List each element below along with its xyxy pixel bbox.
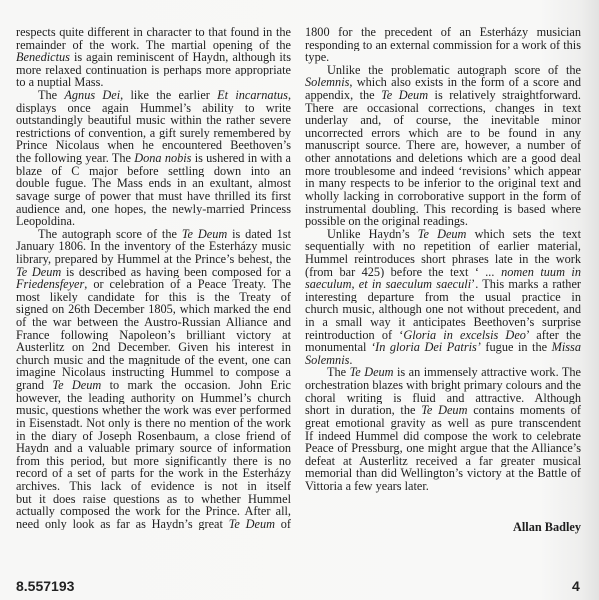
text-line: most likely candidate for this is the Tr…	[16, 291, 291, 304]
text-line: The Te Deum is an immensely attractive w…	[305, 366, 581, 379]
text-run: fugue in the	[481, 341, 552, 354]
text-line: imagine Nicolaus instructing Hummel to c…	[16, 366, 291, 379]
italic-text: Te Deum	[350, 366, 394, 379]
text-line: audience and, one hopes, the newly-marri…	[16, 203, 291, 216]
text-line: possible on the original readings.	[305, 215, 581, 228]
text-line: short in duration, the Te Deum contains …	[305, 404, 581, 417]
text-line: Unlike the problematic autograph score o…	[305, 64, 581, 77]
text-line: Hummel reintroduces short phrases late i…	[305, 253, 581, 266]
text-run: ’ after the	[526, 329, 581, 342]
text-run: great emotional gravity as well as pure …	[305, 417, 581, 430]
italic-text: Te Deum	[182, 228, 227, 241]
text-line: church music and the magnitude of the ev…	[16, 354, 291, 367]
text-run: contains moments of	[467, 404, 581, 417]
text-run: type.	[305, 51, 329, 64]
text-line: in many respects to be inferior to the o…	[305, 177, 581, 190]
text-run: respects quite different in character to…	[16, 26, 291, 39]
text-run: The autograph score of the	[38, 228, 182, 241]
text-run: The	[327, 366, 350, 379]
catalogue-number: 8.557193	[16, 578, 74, 594]
text-line: memorial than did Wellington’s victory a…	[305, 467, 581, 480]
left-column: respects quite different in character to…	[16, 26, 291, 530]
text-run: is relatively straightforward.	[428, 89, 581, 102]
text-line: more relaxed continuation is perhaps mor…	[16, 64, 291, 77]
text-line: Austerlitz on 2nd December. Given his in…	[16, 341, 291, 354]
text-run: is ushered in with a	[191, 152, 291, 165]
text-run: , which also exists in the form of a sco…	[349, 76, 581, 89]
text-line: 1800 for the precedent of an Esterházy m…	[305, 26, 581, 39]
text-line: reintroduction of ‘Gloria in excelsis De…	[305, 329, 581, 342]
text-line: saeculum, et in saeculum saeculi’. This …	[305, 278, 581, 291]
text-run: Prince Nicolaus when he encountered Beet…	[16, 139, 291, 152]
text-line: in a small way it anticipates Beethoven’…	[305, 316, 581, 329]
text-line: Unlike Haydn’s Te Deum which sets the te…	[305, 228, 581, 241]
text-line: signed on 26th December 1805, which mark…	[16, 303, 291, 316]
text-run: monumental	[305, 341, 371, 354]
text-run: actually composed the work for the Princ…	[16, 505, 291, 518]
italic-text: Friedensfeyer	[16, 278, 84, 291]
text-run: music, questions whether the work was ev…	[16, 404, 291, 417]
text-run: If indeed Hummel did compose the work to…	[305, 430, 581, 443]
text-run: outstandingly beautiful music within the…	[16, 114, 291, 127]
italic-text: Agnus Dei	[64, 89, 120, 102]
text-run: Leopoldina.	[16, 215, 75, 228]
text-run: which sets the text	[466, 228, 581, 241]
text-line: double fugue. The Mass ends in an exulta…	[16, 177, 291, 190]
text-line: underlay and, of course, the inevitable …	[305, 114, 581, 127]
text-line: Prince Nicolaus when he encountered Beet…	[16, 139, 291, 152]
text-run: blaze of C major before settling down in…	[16, 165, 291, 178]
text-line: There are occasional corrections, change…	[305, 102, 581, 115]
text-line: monumental ‘In gloria Dei Patris’ fugue …	[305, 341, 581, 354]
text-run: is again reminiscent of Haydn, although …	[70, 51, 291, 64]
text-run: manuscript source. There are, however, a…	[305, 139, 581, 152]
text-line: Peace of Pressburg, one might argue that…	[305, 442, 581, 455]
text-line: responding to an external commission for…	[305, 39, 581, 52]
text-run: (from bar 425) before the text ‘	[305, 266, 485, 279]
text-line: but it does raise questions as to whethe…	[16, 493, 291, 506]
text-line: The Agnus Dei, like the earlier Et incar…	[16, 89, 291, 102]
page-number: 4	[572, 578, 580, 594]
text-run: audience and, one hopes, the newly-marri…	[16, 203, 291, 216]
italic-text: Benedictus	[16, 51, 70, 64]
text-line: (from bar 425) before the text ‘ ... nom…	[305, 266, 581, 279]
text-run: displays once again Hummel’s ability to …	[16, 102, 291, 115]
text-run: The	[38, 89, 64, 102]
text-run: more relaxed continuation is perhaps mor…	[16, 64, 291, 77]
text-run: instrumental doubling. This recording is…	[305, 203, 581, 216]
text-run: archives. This lack of evidence is not i…	[16, 480, 291, 493]
text-line: January 1806. In the inventory of the Es…	[16, 240, 291, 253]
text-line: Solemnis.	[305, 354, 581, 367]
text-run: other annotations and deletions which ar…	[305, 152, 581, 165]
text-line: restrictions of convention, a gift surel…	[16, 127, 291, 140]
text-line: need only look as far as Haydn’s great T…	[16, 518, 291, 531]
text-run: more troublesome and indeed ‘revisions’ …	[305, 165, 581, 178]
text-line: wholly lacking in corroborative support …	[305, 190, 581, 203]
text-line: interesting departure from the usual pra…	[305, 291, 581, 304]
text-line: Leopoldina.	[16, 215, 291, 228]
text-line: music, questions whether the work was ev…	[16, 404, 291, 417]
text-run: is described as having been composed for…	[61, 266, 291, 279]
italic-text: Te Deum	[381, 89, 428, 102]
text-line: Friedensfeyer, or celebration of a Peace…	[16, 278, 291, 291]
text-run: to a nuptial Mass.	[16, 76, 103, 89]
text-line: from this period, but more significantly…	[16, 455, 291, 468]
text-run: Vittoria a few years later.	[305, 480, 429, 493]
text-run: underlay and, of course, the inevitable …	[305, 114, 581, 127]
text-run: but it does raise questions as to whethe…	[16, 493, 291, 506]
text-line: blaze of C major before settling down in…	[16, 165, 291, 178]
text-run: sequentially with no repetition of earli…	[305, 240, 581, 253]
text-run: imagine Nicolaus instructing Hummel to c…	[16, 366, 291, 379]
text-run: defeat at Austerlitz received a far grea…	[305, 455, 581, 468]
text-run: in Eisenstadt. Not only is there no ment…	[16, 417, 291, 430]
italic-text: ‘In gloria Dei Patris’	[371, 341, 481, 354]
text-line: appendix, the Te Deum is relatively stra…	[305, 89, 581, 102]
text-line: type.	[305, 51, 581, 64]
text-run: ’. This marks a rather	[471, 278, 581, 291]
text-run: choral writing is fluid and attractive. …	[305, 392, 581, 405]
text-line: manuscript source. There are, however, a…	[305, 139, 581, 152]
text-run: remainder of the work. The martial openi…	[16, 39, 291, 52]
text-run: of the war between the Austro-Russian Al…	[16, 316, 291, 329]
text-line: Solemnis, which also exists in the form …	[305, 76, 581, 89]
text-line: of the war between the Austro-Russian Al…	[16, 316, 291, 329]
text-run: .	[349, 354, 352, 367]
text-run: signed on 26th December 1805, which mark…	[16, 303, 291, 316]
text-line: grand Te Deum to mark the occasion. John…	[16, 379, 291, 392]
text-line: orchestration blazes with bright primary…	[305, 379, 581, 392]
text-line: record of a set of parts for the work in…	[16, 467, 291, 480]
text-run: restrictions of convention, a gift surel…	[16, 127, 291, 140]
text-run: reintroduction of ‘	[305, 329, 403, 342]
text-run: Haydn and a valuable primary source of i…	[16, 442, 291, 455]
text-run: church music, although one not without p…	[305, 303, 581, 316]
text-run: library, prepared by Hummel at the Princ…	[16, 253, 291, 266]
text-line: outstandingly beautiful music within the…	[16, 114, 291, 127]
text-run: wholly lacking in corroborative support …	[305, 190, 581, 203]
italic-text: Te Deum	[16, 266, 61, 279]
text-line: to a nuptial Mass.	[16, 76, 291, 89]
text-run: Peace of Pressburg, one might argue that…	[305, 442, 581, 455]
text-line: Benedictus is again reminiscent of Haydn…	[16, 51, 291, 64]
text-line: other annotations and deletions which ar…	[305, 152, 581, 165]
text-line: defeat at Austerlitz received a far grea…	[305, 455, 581, 468]
text-run: orchestration blazes with bright primary…	[305, 379, 581, 392]
text-run: memorial than did Wellington’s victory a…	[305, 467, 581, 480]
text-run: January 1806. In the inventory of the Es…	[16, 240, 291, 253]
text-line: sequentially with no repetition of earli…	[305, 240, 581, 253]
right-column: 1800 for the precedent of an Esterházy m…	[305, 26, 581, 493]
text-run: from this period, but more significantly…	[16, 455, 291, 468]
text-line: more troublesome and indeed ‘revisions’ …	[305, 165, 581, 178]
text-line: Te Deum is described as having been comp…	[16, 266, 291, 279]
text-line: Haydn and a valuable primary source of i…	[16, 442, 291, 455]
text-run: ,	[288, 89, 291, 102]
text-line: savage surge of power that must have thr…	[16, 190, 291, 203]
italic-text: ... nomen tuum in	[485, 266, 581, 279]
text-run: double fugue. The Mass ends in an exulta…	[16, 177, 291, 190]
italic-text: Et incarnatus	[217, 89, 288, 102]
text-run: possible on the original readings.	[305, 215, 468, 228]
text-line: remainder of the work. The martial openi…	[16, 39, 291, 52]
italic-text: Te Deum	[52, 379, 101, 392]
text-run: in a small way it anticipates Beethoven’…	[305, 316, 581, 329]
text-run: appendix, the	[305, 89, 381, 102]
text-run: , or celebration of a Peace Treaty. The	[84, 278, 291, 291]
text-run: record of a set of parts for the work in…	[16, 467, 291, 480]
text-line: archives. This lack of evidence is not i…	[16, 480, 291, 493]
text-run: short in duration, the	[305, 404, 421, 417]
text-line: choral writing is fluid and attractive. …	[305, 392, 581, 405]
text-run: Unlike Haydn’s	[327, 228, 418, 241]
booklet-page: respects quite different in character to…	[0, 0, 599, 600]
text-run: Unlike the problematic autograph score o…	[327, 64, 581, 77]
text-run: in many respects to be inferior to the o…	[305, 177, 581, 190]
italic-text: Te Deum	[421, 404, 467, 417]
text-line: If indeed Hummel did compose the work to…	[305, 430, 581, 443]
text-line: in the diary of Joseph Rosenbaum, a clos…	[16, 430, 291, 443]
text-run: , like the earlier	[120, 89, 217, 102]
text-run: responding to an external commission for…	[305, 39, 581, 52]
text-line: displays once again Hummel’s ability to …	[16, 102, 291, 115]
text-line: The autograph score of the Te Deum is da…	[16, 228, 291, 241]
italic-text: Solemnis	[305, 354, 349, 367]
italic-text: Dona nobis	[134, 152, 191, 165]
text-run: is dated 1st	[227, 228, 291, 241]
text-run: savage surge of power that must have thr…	[16, 190, 291, 203]
italic-text: Missa	[552, 341, 581, 354]
italic-text: Te Deum	[229, 518, 275, 531]
text-line: the following year. The Dona nobis is us…	[16, 152, 291, 165]
text-line: Vittoria a few years later.	[305, 480, 581, 493]
author-signature: Allan Badley	[305, 520, 581, 535]
text-run: church music and the magnitude of the ev…	[16, 354, 291, 367]
text-line: uncorrected errors which are to be found…	[305, 127, 581, 140]
text-line: actually composed the work for the Princ…	[16, 505, 291, 518]
text-line: instrumental doubling. This recording is…	[305, 203, 581, 216]
text-run: uncorrected errors which are to be found…	[305, 127, 581, 140]
text-line: great emotional gravity as well as pure …	[305, 417, 581, 430]
text-run: France following Napoleon’s brilliant vi…	[16, 329, 291, 342]
text-line: respects quite different in character to…	[16, 26, 291, 39]
italic-text: Solemnis	[305, 76, 349, 89]
text-line: France following Napoleon’s brilliant vi…	[16, 329, 291, 342]
text-run: need only look as far as Haydn’s great	[16, 518, 229, 531]
text-run: however, the leading authority on Hummel…	[16, 392, 291, 405]
text-line: however, the leading authority on Hummel…	[16, 392, 291, 405]
text-run: There are occasional corrections, change…	[305, 102, 581, 115]
text-run: the following year. The	[16, 152, 134, 165]
text-run: in the diary of Joseph Rosenbaum, a clos…	[16, 430, 291, 443]
text-run: 1800 for the precedent of an Esterházy m…	[305, 26, 581, 39]
text-run: interesting departure from the usual pra…	[305, 291, 581, 304]
text-line: in Eisenstadt. Not only is there no ment…	[16, 417, 291, 430]
italic-text: Gloria in excelsis Deo	[403, 329, 526, 342]
italic-text: Te Deum	[418, 228, 467, 241]
italic-text: saeculum, et in saeculum saeculi	[305, 278, 471, 291]
text-run: is an immensely attractive work. The	[394, 366, 581, 379]
text-run: most likely candidate for this is the Tr…	[16, 291, 291, 304]
text-line: church music, although one not without p…	[305, 303, 581, 316]
text-run: Austerlitz on 2nd December. Given his in…	[16, 341, 291, 354]
text-line: library, prepared by Hummel at the Princ…	[16, 253, 291, 266]
text-run: Hummel reintroduces short phrases late i…	[305, 253, 581, 266]
